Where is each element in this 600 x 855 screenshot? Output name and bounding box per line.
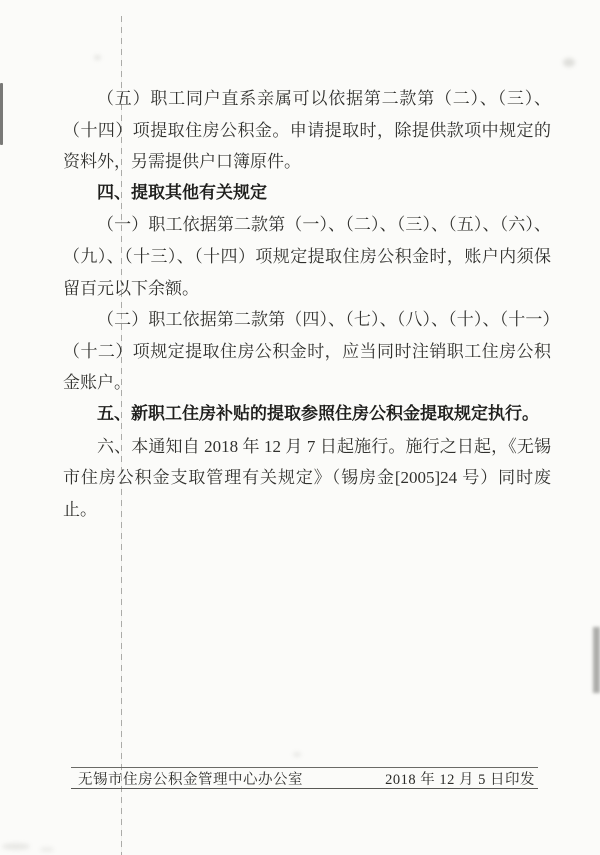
scan-smudge — [94, 55, 101, 60]
section-heading-5: 五、新职工住房补贴的提取参照住房公积金提取规定执行。 — [63, 399, 551, 431]
paragraph-clause-2: （二）职工依据第二款第（四）、（七）、（八）、（十）、（十一）（十二）项规定提取… — [63, 304, 551, 399]
scan-mark-right-edge — [593, 627, 600, 693]
paragraph-clause-6: 六、本通知自 2018 年 12 月 7 日起施行。施行之日起，《无锡市住房公积… — [63, 431, 551, 526]
scan-smudge — [293, 752, 301, 757]
paragraph-clause-5: （五）职工同户直系亲属可以依据第二款第（二）、（三）、（十四）项提取住房公积金。… — [63, 83, 551, 178]
document-body: （五）职工同户直系亲属可以依据第二款第（二）、（三）、（十四）项提取住房公积金。… — [63, 83, 551, 525]
footer-issuer: 无锡市住房公积金管理中心办公室 — [78, 768, 303, 789]
scan-smudge — [2, 843, 30, 850]
document-footer: 无锡市住房公积金管理中心办公室 2018 年 12 月 5 日印发 — [71, 767, 538, 789]
scan-mark-left-edge — [0, 83, 3, 145]
scanned-document-page: （五）职工同户直系亲属可以依据第二款第（二）、（三）、（十四）项提取住房公积金。… — [0, 0, 600, 855]
footer-print-date: 2018 年 12 月 5 日印发 — [385, 768, 535, 789]
section-heading-4: 四、提取其他有关规定 — [63, 178, 551, 210]
paragraph-clause-1: （一）职工依据第二款第（一）、（二）、（三）、（五）、（六）、（九）、（十三）、… — [63, 209, 551, 304]
scan-smudge — [563, 58, 575, 67]
scan-smudge — [40, 847, 54, 852]
